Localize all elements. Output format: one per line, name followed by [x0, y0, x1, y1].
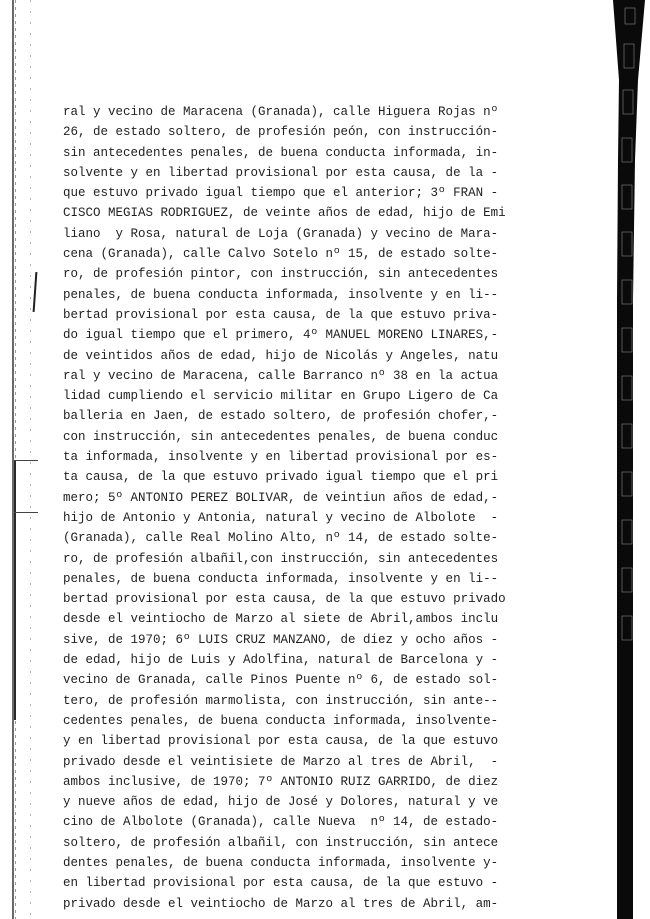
text-line: CISCO MEGIAS RODRIGUEZ, de veinte años d…: [63, 203, 513, 223]
text-line: solvente y en libertad provisional por e…: [63, 163, 513, 183]
text-line: en libertad provisional por esta causa, …: [63, 873, 513, 893]
binding-strip: [605, 0, 650, 919]
text-line: 26, de estado soltero, de profesión peón…: [63, 122, 513, 142]
text-line: ral y vecino de Maracena, calle Barranco…: [63, 366, 513, 386]
text-line: ral y vecino de Maracena (Granada), call…: [63, 102, 513, 122]
text-line: de edad, hijo de Luis y Adolfina, natura…: [63, 650, 513, 670]
scanned-page: ral y vecino de Maracena (Granada), call…: [0, 0, 650, 919]
text-line: bertad provisional por esta causa, de la…: [63, 589, 513, 609]
text-line: sin antecedentes penales, de buena condu…: [63, 143, 513, 163]
text-line: y nueve años de edad, hijo de José y Dol…: [63, 792, 513, 812]
text-line: cedentes penales, de buena conducta info…: [63, 711, 513, 731]
text-line: ro, de profesión albañil,con instrucción…: [63, 549, 513, 569]
text-line: privado desde el veintisiete de Marzo al…: [63, 752, 513, 772]
text-line: dentes penales, de buena conducta inform…: [63, 853, 513, 873]
text-line: cena (Granada), calle Calvo Sotelo nº 15…: [63, 244, 513, 264]
handwritten-mark: [33, 272, 38, 312]
page-edge-fold-line: [14, 460, 38, 461]
page-edge-fold-line: [14, 512, 38, 513]
text-line: ro, de profesión pintor, con instrucción…: [63, 264, 513, 284]
text-line: bertad provisional por esta causa, de la…: [63, 305, 513, 325]
page-edge-fold: [14, 460, 16, 720]
text-line: vecino de Granada, calle Pinos Puente nº…: [63, 670, 513, 690]
text-line: y en libertad provisional por esta causa…: [63, 731, 513, 751]
text-line: tero, de profesión marmolista, con instr…: [63, 691, 513, 711]
text-line: balleria en Jaen, de estado soltero, de …: [63, 406, 513, 426]
text-line: hijo de Antonio y Antonia, natural y vec…: [63, 508, 513, 528]
text-line: penales, de buena conducta informada, in…: [63, 569, 513, 589]
text-line: que estuvo privado igual tiempo que el a…: [63, 183, 513, 203]
text-line: soltero, de profesión albañil, con instr…: [63, 833, 513, 853]
text-line: ta causa, de la que estuvo privado igual…: [63, 467, 513, 487]
text-line: privado desde el veintiocho de Marzo al …: [63, 894, 513, 914]
text-line: cino de Albolote (Granada), calle Nueva …: [63, 812, 513, 832]
text-line: lidad cumpliendo el servicio militar en …: [63, 386, 513, 406]
text-line: ambos inclusive, de 1970; 7º ANTONIO RUI…: [63, 772, 513, 792]
text-line: desde el veintiocho de Marzo al siete de…: [63, 609, 513, 629]
text-line: do igual tiempo que el primero, 4º MANUE…: [63, 325, 513, 345]
document-body-text: ral y vecino de Maracena (Granada), call…: [63, 102, 513, 914]
text-line: ta informada, insolvente y en libertad p…: [63, 447, 513, 467]
text-line: liano y Rosa, natural de Loja (Granada) …: [63, 224, 513, 244]
text-line: mero; 5º ANTONIO PEREZ BOLIVAR, de veint…: [63, 488, 513, 508]
text-line: penales, de buena conducta informada, in…: [63, 285, 513, 305]
text-line: (Granada), calle Real Molino Alto, nº 14…: [63, 528, 513, 548]
text-line: sive, de 1970; 6º LUIS CRUZ MANZANO, de …: [63, 630, 513, 650]
text-line: con instrucción, sin antecedentes penale…: [63, 427, 513, 447]
text-line: de veintidos años de edad, hijo de Nicol…: [63, 346, 513, 366]
